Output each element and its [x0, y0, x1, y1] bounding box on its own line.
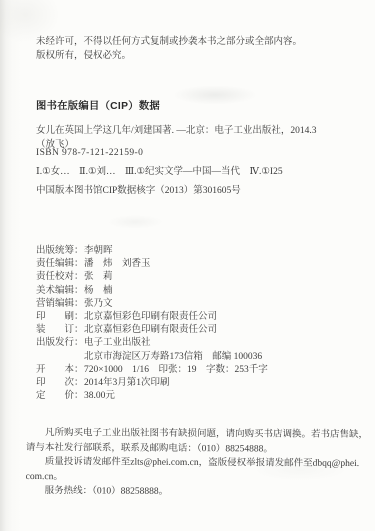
cip-classification: Ⅰ.①女… Ⅱ.①刘… Ⅲ.①纪实文学—中国—当代 Ⅳ.①I25	[36, 163, 283, 177]
credit-label: 责任编辑：	[36, 258, 84, 271]
credit-label: 装 订：	[36, 324, 84, 337]
note-complaint-email-line1: 质量投诉请发邮件至zlts@phei.com.cn，盗版侵权举报请发邮件至dbq…	[26, 455, 360, 472]
credit-row-editor: 责任编辑：潘 炜 刘香玉	[36, 258, 268, 271]
credit-label: 定 价：	[36, 390, 84, 403]
copyright-page: 未经许可，不得以任何方式复制或抄袭本书之部分或全部内容。 版权所有，侵权必究。 …	[0, 0, 375, 531]
isbn-number: ISBN 978-7-121-22159-0	[36, 148, 143, 158]
credit-row-format: 开 本：720×1000 1/16 印张：19 字数：253千字	[36, 364, 268, 377]
credit-label: 美术编辑：	[36, 285, 84, 298]
credit-value: 潘 炜 刘香玉	[84, 258, 151, 271]
credit-row-price: 定 价：38.00元	[36, 390, 268, 403]
credit-label: 出版统筹：	[36, 245, 84, 258]
credit-label: 开 本：	[36, 364, 84, 377]
credit-label: 营销编辑：	[36, 298, 84, 311]
credit-label: 出版发行：	[36, 337, 84, 350]
credit-row-print-run: 印 次：2014年3月第1次印刷	[36, 377, 268, 390]
all-rights-reserved-line: 版权所有，侵权必究。	[36, 50, 131, 64]
credit-value: 张乃文	[84, 298, 113, 311]
credit-row-planning: 出版统筹：李朝晖	[36, 245, 268, 258]
note-exchange-line1: 凡所购买电子工业出版社图书有缺损问题，请向购买书店调换。若书店售缺，	[26, 426, 360, 443]
cip-heading: 图书在版编目（CIP）数据	[36, 97, 160, 112]
credit-label: 印 次：	[36, 377, 84, 390]
credit-row-art-editor: 美术编辑：杨 楠	[36, 285, 268, 298]
credit-value: 720×1000 1/16 印张：19 字数：253千字	[84, 364, 268, 377]
note-service-hotline: 服务热线：（010）88258888。	[26, 484, 360, 501]
no-copy-notice-line1: 未经许可，不得以任何方式复制或抄袭本书之部分或全部内容。	[36, 36, 302, 50]
credit-row-proofreader: 责任校对：张 莉	[36, 271, 268, 284]
credit-label: 责任校对：	[36, 271, 84, 284]
service-notes: 凡所购买电子工业出版社图书有缺损问题，请向购买书店调换。若书店售缺， 请与本社发…	[26, 426, 360, 501]
cip-registration-number: 中国版本图书馆CIP数据核字（2013）第301605号	[36, 182, 241, 196]
credit-row-printer: 印 刷：北京嘉恒彩色印刷有限责任公司	[36, 311, 268, 324]
credit-row-publisher-address: 北京市海淀区万寿路173信箱 邮编 100036	[36, 351, 268, 364]
credit-value: 2014年3月第1次印刷	[84, 377, 170, 390]
credit-label: 印 刷：	[36, 311, 84, 324]
credit-value: 杨 楠	[84, 285, 113, 298]
credit-value: 38.00元	[84, 390, 115, 403]
credit-row-marketing-editor: 营销编辑：张乃文	[36, 298, 268, 311]
credit-value: 电子工业出版社	[84, 337, 151, 350]
credit-value: 李朝晖	[84, 245, 113, 258]
cip-title-line: 女儿在英国上学这几年/刘建国著. —北京：电子工业出版社，2014.3	[36, 122, 317, 136]
imprint-block: 出版统筹：李朝晖 责任编辑：潘 炜 刘香玉 责任校对：张 莉 美术编辑：杨 楠 …	[36, 245, 268, 403]
credit-row-binder: 装 订：北京嘉恒彩色印刷有限责任公司	[36, 324, 268, 337]
credit-value: 北京嘉恒彩色印刷有限责任公司	[84, 311, 217, 324]
credit-value: 张 莉	[84, 271, 113, 284]
credit-value: 北京市海淀区万寿路173信箱 邮编 100036	[84, 351, 262, 364]
credit-value: 北京嘉恒彩色印刷有限责任公司	[84, 324, 217, 337]
credit-row-publisher: 出版发行：电子工业出版社	[36, 337, 268, 350]
